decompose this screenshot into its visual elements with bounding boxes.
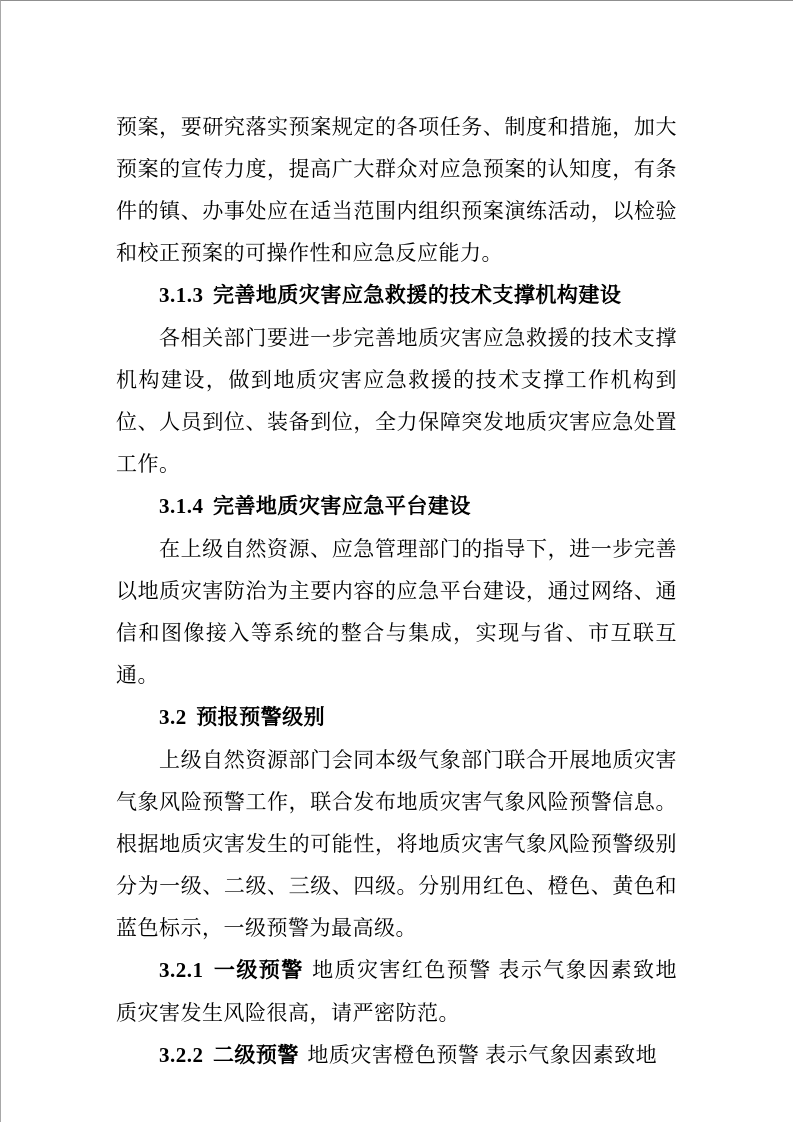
paragraph-body: 上级自然资源部门会同本级气象部门联合开展地质灾害气象风险预警工作，联合发布地质灾…	[116, 739, 677, 949]
heading-3-2: 3.2预报预警级别	[116, 696, 677, 739]
heading-3-1-3: 3.1.3完善地质灾害应急救援的技术支撑机构建设	[116, 274, 677, 317]
entry-term: 一级预警	[213, 959, 304, 982]
document-content: 预案，要研究落实预案规定的各项任务、制度和措施，加大预案的宣传力度，提高广大群众…	[116, 106, 677, 1077]
paragraph-continuation: 预案，要研究落实预案规定的各项任务、制度和措施，加大预案的宣传力度，提高广大群众…	[116, 106, 677, 274]
paragraph-body: 各相关部门要进一步完善地质灾害应急救援的技术支撑机构建设，做到地质灾害应急救援的…	[116, 317, 677, 485]
entry-term: 二级预警	[213, 1044, 299, 1067]
heading-number: 3.1.3	[159, 283, 204, 307]
heading-text: 预报预警级别	[196, 706, 325, 729]
heading-text: 完善地质灾害应急救援的技术支撑机构建设	[213, 284, 622, 307]
document-page: 预案，要研究落实预案规定的各项任务、制度和措施，加大预案的宣传力度，提高广大群众…	[0, 0, 793, 1122]
entry-number: 3.2.2	[159, 1043, 204, 1067]
heading-text: 完善地质灾害应急平台建设	[213, 495, 471, 518]
entry-text: 地质灾害橙色预警 表示气象因素致地	[307, 1043, 657, 1067]
paragraph-body: 在上级自然资源、应急管理部门的指导下，进一步完善以地质灾害防治为主要内容的应急平…	[116, 528, 677, 696]
entry-3-2-2: 3.2.2二级预警地质灾害橙色预警 表示气象因素致地	[116, 1034, 677, 1077]
heading-3-1-4: 3.1.4完善地质灾害应急平台建设	[116, 485, 677, 528]
entry-3-2-1: 3.2.1一级预警地质灾害红色预警 表示气象因素致地质灾害发生风险很高，请严密防…	[116, 949, 677, 1034]
entry-number: 3.2.1	[159, 958, 204, 982]
heading-number: 3.1.4	[159, 494, 204, 518]
heading-number: 3.2	[159, 705, 187, 729]
